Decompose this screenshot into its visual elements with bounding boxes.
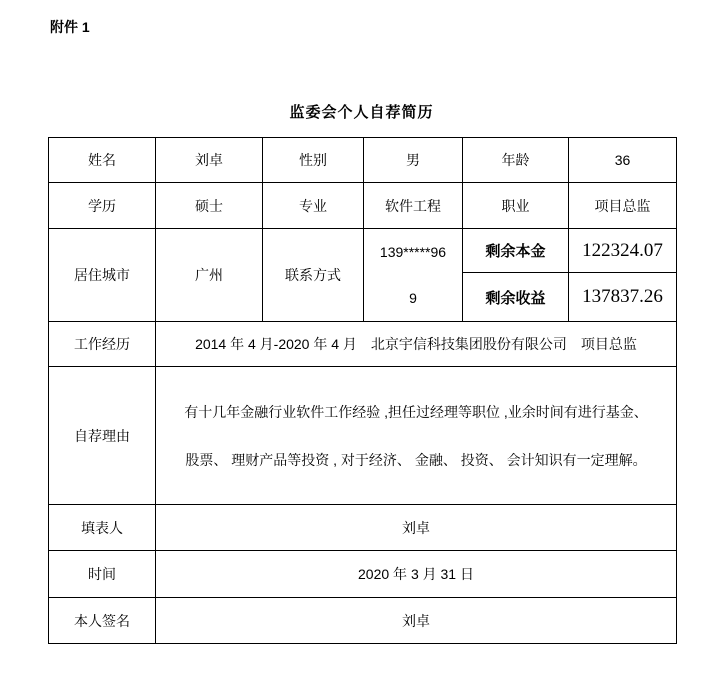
occupation-label: 职业 bbox=[463, 183, 569, 229]
work-experience-value: 2014 年 4 月-2020 年 4 月 北京宇信科技集团股份有限公司 项目总… bbox=[156, 322, 677, 367]
self-recommendation-value: 有十几年金融行业软件工作经验 ,担任过经理等职位 ,业余时间有进行基金、 股票、… bbox=[156, 367, 677, 505]
name-label: 姓名 bbox=[49, 138, 156, 183]
major-value: 软件工程 bbox=[364, 183, 463, 229]
remaining-income-label: 剩余收益 bbox=[463, 273, 569, 322]
education-label: 学历 bbox=[49, 183, 156, 229]
filled-by-label: 填表人 bbox=[49, 505, 156, 551]
contact-value-line1: 139*****96 bbox=[364, 229, 462, 275]
contact-value: 139*****96 9 bbox=[364, 229, 463, 322]
occupation-value: 项目总监 bbox=[569, 183, 677, 229]
contact-value-line2: 9 bbox=[364, 275, 462, 321]
age-label: 年龄 bbox=[463, 138, 569, 183]
date-value: 2020 年 3 月 31 日 bbox=[156, 551, 677, 598]
table-row: 填表人 刘卓 bbox=[49, 505, 677, 551]
date-label: 时间 bbox=[49, 551, 156, 598]
table-row: 时间 2020 年 3 月 31 日 bbox=[49, 551, 677, 598]
table-row: 本人签名 刘卓 bbox=[49, 598, 677, 644]
major-label: 专业 bbox=[263, 183, 364, 229]
attachment-label: 附件 1 bbox=[50, 17, 90, 37]
gender-value: 男 bbox=[364, 138, 463, 183]
self-recommendation-label: 自荐理由 bbox=[49, 367, 156, 505]
remaining-income-value: 137837.26 bbox=[569, 273, 677, 322]
work-experience-label: 工作经历 bbox=[49, 322, 156, 367]
gender-label: 性别 bbox=[263, 138, 364, 183]
age-value: 36 bbox=[569, 138, 677, 183]
self-recommendation-line2: 股票、 理财产品等投资 , 对于经济、 金融、 投资、 会计知识有一定理解。 bbox=[156, 436, 676, 484]
page-title: 监委会个人自荐简历 bbox=[0, 101, 723, 122]
city-label: 居住城市 bbox=[49, 229, 156, 322]
signature-value: 刘卓 bbox=[156, 598, 677, 644]
education-value: 硕士 bbox=[156, 183, 263, 229]
remaining-principal-value: 122324.07 bbox=[569, 229, 677, 273]
table-row: 姓名 刘卓 性别 男 年龄 36 bbox=[49, 138, 677, 183]
table-row: 居住城市 广州 联系方式 139*****96 9 剩余本金 122324.07 bbox=[49, 229, 677, 273]
table-row: 工作经历 2014 年 4 月-2020 年 4 月 北京宇信科技集团股份有限公… bbox=[49, 322, 677, 367]
resume-table: 姓名 刘卓 性别 男 年龄 36 学历 硕士 专业 软件工程 职业 项目总监 居… bbox=[48, 137, 677, 644]
city-value: 广州 bbox=[156, 229, 263, 322]
name-value: 刘卓 bbox=[156, 138, 263, 183]
table-row: 学历 硕士 专业 软件工程 职业 项目总监 bbox=[49, 183, 677, 229]
self-recommendation-line1: 有十几年金融行业软件工作经验 ,担任过经理等职位 ,业余时间有进行基金、 bbox=[156, 388, 676, 436]
remaining-principal-label: 剩余本金 bbox=[463, 229, 569, 273]
table-row: 自荐理由 有十几年金融行业软件工作经验 ,担任过经理等职位 ,业余时间有进行基金… bbox=[49, 367, 677, 505]
signature-label: 本人签名 bbox=[49, 598, 156, 644]
filled-by-value: 刘卓 bbox=[156, 505, 677, 551]
contact-label: 联系方式 bbox=[263, 229, 364, 322]
